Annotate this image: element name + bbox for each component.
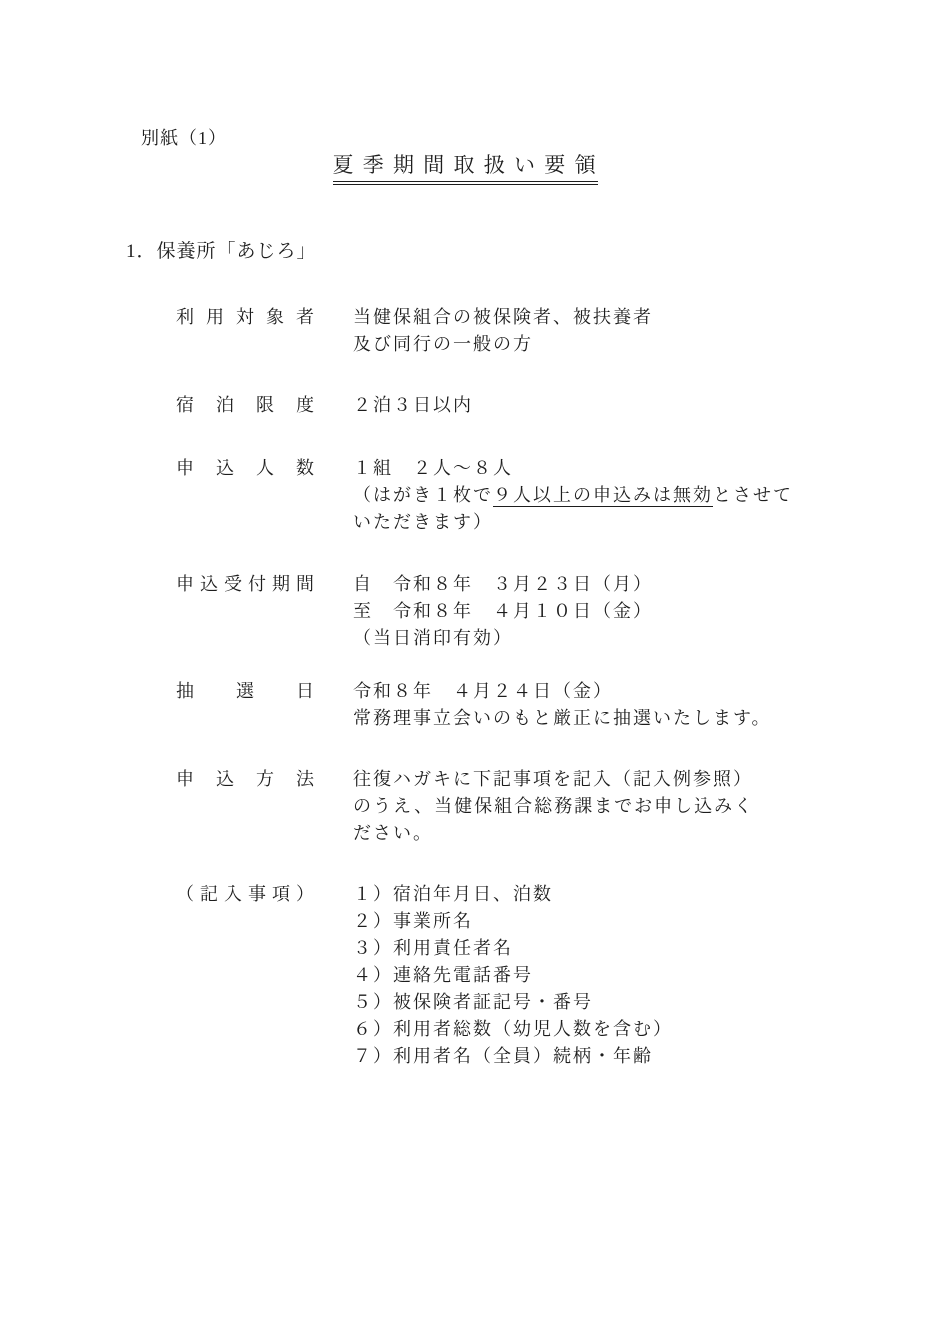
- row-how-to-apply-label: 申込方法: [176, 766, 314, 793]
- row-target-users-label: 利用対象者: [176, 304, 314, 331]
- text-line: 常務理事立会いのもと厳正に抽選いたします。: [353, 705, 772, 732]
- entry-item: ６）利用者総数（幼児人数を含む）: [353, 1016, 673, 1043]
- row-party-size-label: 申込人数: [176, 455, 314, 482]
- attachment-label: 別紙（1）: [141, 124, 227, 150]
- text-line: 及び同行の一般の方: [353, 331, 653, 358]
- entry-item: ２）事業所名: [353, 908, 673, 935]
- entry-item: １）宿泊年月日、泊数: [353, 881, 673, 908]
- text-line: 当健保組合の被保険者、被扶養者: [353, 304, 653, 331]
- entry-item: ７）利用者名（全員）続柄・年齢: [353, 1043, 673, 1070]
- entry-item: ４）連絡先電話番号: [353, 962, 673, 989]
- row-reception-period: 申込受付期間 自 令和８年 ３月２３日（月） 至 令和８年 ４月１０日（金） （…: [176, 571, 653, 652]
- row-target-users-value: 当健保組合の被保険者、被扶養者 及び同行の一般の方: [353, 304, 653, 358]
- entry-item: ５）被保険者証記号・番号: [353, 989, 673, 1016]
- text-line: ２泊３日以内: [353, 392, 473, 419]
- row-how-to-apply: 申込方法 往復ハガキに下記事項を記入（記入例参照） のうえ、当健保組合総務課まで…: [176, 766, 754, 847]
- row-target-users: 利用対象者 当健保組合の被保険者、被扶養者 及び同行の一般の方: [176, 304, 653, 358]
- row-lottery-day-label: 抽選日: [176, 678, 314, 705]
- document-title: 夏 季 期 間 取 扱 い 要 領: [333, 152, 598, 182]
- text-line: 至 令和８年 ４月１０日（金）: [353, 598, 653, 625]
- row-party-size: 申込人数 １組 ２人～８人 （はがき１枚で９人以上の申込みは無効とさせて いただ…: [176, 455, 793, 536]
- row-entry-items-value: １）宿泊年月日、泊数 ２）事業所名 ３）利用責任者名 ４）連絡先電話番号 ５）被…: [353, 881, 673, 1070]
- row-reception-period-label: 申込受付期間: [176, 571, 314, 598]
- text-line: １組 ２人～８人: [353, 455, 793, 482]
- row-lottery-day-value: 令和８年 ４月２４日（金） 常務理事立会いのもと厳正に抽選いたします。: [353, 678, 772, 732]
- title-row: 夏 季 期 間 取 扱 い 要 領: [0, 152, 930, 185]
- text-line: 往復ハガキに下記事項を記入（記入例参照）: [353, 766, 754, 793]
- row-stay-limit: 宿泊限度 ２泊３日以内: [176, 392, 473, 419]
- text-line: ださい。: [353, 820, 754, 847]
- entry-item: ３）利用責任者名: [353, 935, 673, 962]
- text-line: （はがき１枚で９人以上の申込みは無効とさせて: [353, 482, 793, 509]
- row-stay-limit-value: ２泊３日以内: [353, 392, 473, 419]
- title-double-underline: 夏 季 期 間 取 扱 い 要 領: [333, 152, 598, 185]
- section-heading: 1．保養所「あじろ」: [126, 236, 317, 263]
- row-entry-items: （記入事項） １）宿泊年月日、泊数 ２）事業所名 ３）利用責任者名 ４）連絡先電…: [176, 881, 673, 1070]
- text-segment: （はがき１枚で: [353, 485, 493, 505]
- text-line: 令和８年 ４月２４日（金）: [353, 678, 772, 705]
- row-stay-limit-label: 宿泊限度: [176, 392, 314, 419]
- text-segment: とさせて: [713, 485, 793, 505]
- text-line: のうえ、当健保組合総務課までお申し込みく: [353, 793, 754, 820]
- document-page: 別紙（1） 夏 季 期 間 取 扱 い 要 領 1．保養所「あじろ」 利用対象者…: [0, 0, 930, 1318]
- row-party-size-value: １組 ２人～８人 （はがき１枚で９人以上の申込みは無効とさせて いただきます）: [353, 455, 793, 536]
- text-line: 自 令和８年 ３月２３日（月）: [353, 571, 653, 598]
- row-reception-period-value: 自 令和８年 ３月２３日（月） 至 令和８年 ４月１０日（金） （当日消印有効）: [353, 571, 653, 652]
- row-entry-items-label: （記入事項）: [176, 881, 314, 908]
- text-line: （当日消印有効）: [353, 625, 653, 652]
- underlined-text: ９人以上の申込みは無効: [493, 485, 713, 507]
- row-how-to-apply-value: 往復ハガキに下記事項を記入（記入例参照） のうえ、当健保組合総務課までお申し込み…: [353, 766, 754, 847]
- text-line: いただきます）: [353, 509, 793, 536]
- row-lottery-day: 抽選日 令和８年 ４月２４日（金） 常務理事立会いのもと厳正に抽選いたします。: [176, 678, 772, 732]
